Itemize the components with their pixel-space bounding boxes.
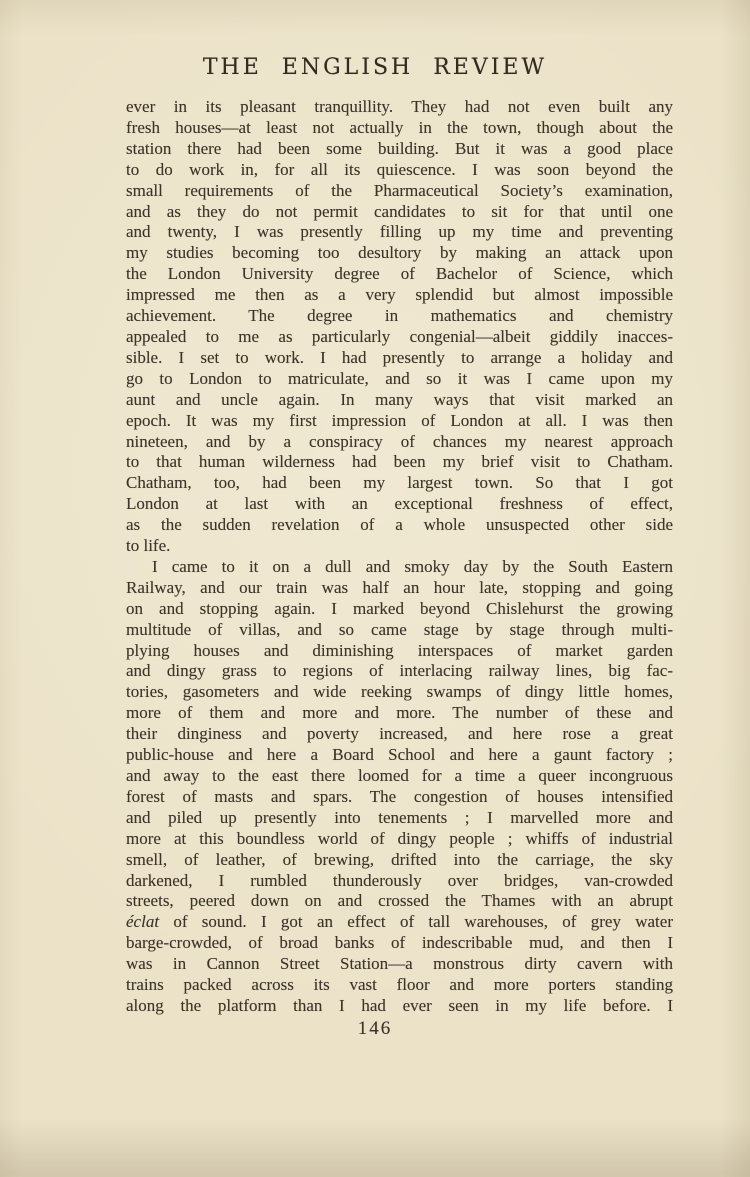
text-line: and away to the east there loomed for a … xyxy=(126,766,673,787)
text-line: station there had been some building. Bu… xyxy=(126,139,673,160)
text-line: epoch. It was my first impression of Lon… xyxy=(126,411,673,432)
page-number: 146 xyxy=(0,1018,750,1040)
text-line: tories, gasometers and wide reeking swam… xyxy=(126,682,673,703)
paragraph: I came to it on a dull and smoky day by … xyxy=(126,557,673,1017)
text-line: public-house and here a Board School and… xyxy=(126,745,673,766)
text-line: and dingy grass to regions of interlacin… xyxy=(126,661,673,682)
text-line: sible. I set to work. I had presently to… xyxy=(126,348,673,369)
text-line: on and stopping again. I marked beyond C… xyxy=(126,599,673,620)
text-line: more of them and more and more. The numb… xyxy=(126,703,673,724)
text-line: and twenty, I was presently filling up m… xyxy=(126,222,673,243)
text-line: streets, peered down on and crossed the … xyxy=(126,891,673,912)
book-page: THE ENGLISH REVIEW ever in its pleasant … xyxy=(0,0,750,1177)
text-line: trains packed across its vast floor and … xyxy=(126,975,673,996)
text-line: aunt and uncle again. In many ways that … xyxy=(126,390,673,411)
text-line: achievement. The degree in mathematics a… xyxy=(126,306,673,327)
text-line: to do work in, for all its quiescence. I… xyxy=(126,160,673,181)
text-line: along the platform than I had ever seen … xyxy=(126,996,673,1017)
text-line: éclat of sound. I got an effect of tall … xyxy=(126,912,673,933)
text-line: barge-crowded, of broad banks of indescr… xyxy=(126,933,673,954)
text-line: Chatham, too, had been my largest town. … xyxy=(126,473,673,494)
running-head: THE ENGLISH REVIEW xyxy=(0,55,750,80)
text-line: go to London to matriculate, and so it w… xyxy=(126,369,673,390)
text-line: and piled up presently into tenements ; … xyxy=(126,808,673,829)
text-line: to that human wilderness had been my bri… xyxy=(126,452,673,473)
text-line: and as they do not permit candidates to … xyxy=(126,202,673,223)
text-line: my studies becoming too desultory by mak… xyxy=(126,243,673,264)
text-line: Railway, and our train was half an hour … xyxy=(126,578,673,599)
paragraph: ever in its pleasant tranquillity. They … xyxy=(126,97,673,557)
text-line: small requirements of the Pharmaceutical… xyxy=(126,181,673,202)
text-line: plying houses and diminishing interspace… xyxy=(126,641,673,662)
text-line: ever in its pleasant tranquillity. They … xyxy=(126,97,673,118)
text-block: ever in its pleasant tranquillity. They … xyxy=(126,97,673,1017)
text-line: fresh houses—at least not actually in th… xyxy=(126,118,673,139)
text-line: their dinginess and poverty increased, a… xyxy=(126,724,673,745)
text-line: London at last with an exceptional fresh… xyxy=(126,494,673,515)
text-line: darkened, I rumbled thunderously over br… xyxy=(126,871,673,892)
text-line: multitude of villas, and so came stage b… xyxy=(126,620,673,641)
text-line: to life. xyxy=(126,536,673,557)
text-line: nineteen, and by a conspiracy of chances… xyxy=(126,432,673,453)
text-line: I came to it on a dull and smoky day by … xyxy=(126,557,673,578)
text-line: as the sudden revelation of a whole unsu… xyxy=(126,515,673,536)
text-line: forest of masts and spars. The congestio… xyxy=(126,787,673,808)
text-line: was in Cannon Street Station—a monstrous… xyxy=(126,954,673,975)
text-line: smell, of leather, of brewing, drifted i… xyxy=(126,850,673,871)
text-line: more at this boundless world of dingy pe… xyxy=(126,829,673,850)
text-line: the London University degree of Bachelor… xyxy=(126,264,673,285)
text-line: appealed to me as particularly congenial… xyxy=(126,327,673,348)
text-line: impressed me then as a very splendid but… xyxy=(126,285,673,306)
